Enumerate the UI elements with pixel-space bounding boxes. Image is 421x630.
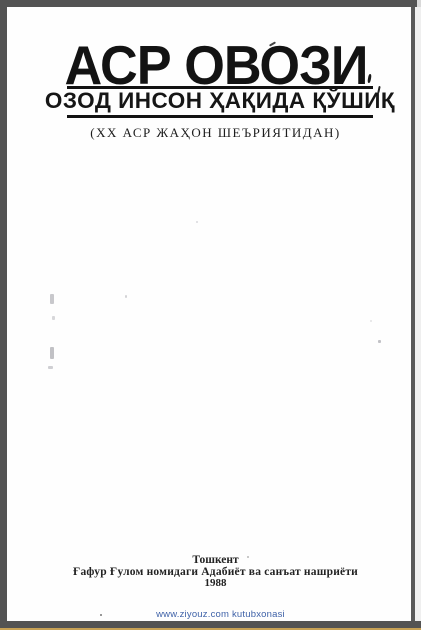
series-note: (XX АСР ЖАҲОН ШЕЪРИЯТИДАН) (5, 125, 421, 141)
imprint-city: Тошкент (5, 555, 421, 567)
scan-speck (50, 294, 54, 304)
scan-speck (100, 614, 102, 616)
scan-speck (247, 556, 249, 558)
scanned-title-page: АСР ОВОЗИ ОЗОД ИНСОН ҲАҚИДА ҚЎШИҚ (XX АС… (0, 0, 421, 630)
scan-speck (125, 295, 127, 298)
subtitle-rule-bottom (67, 115, 373, 118)
book-subtitle: ОЗОД ИНСОН ҲАҚИДА ҚЎШИҚ (37, 88, 403, 114)
scan-speck (52, 316, 55, 320)
watermark-url: www.ziyouz.com kutubxonasi (10, 609, 421, 620)
scan-right-margin (415, 7, 421, 621)
scan-frame-top (0, 0, 417, 7)
scan-frame-top-corner (417, 0, 421, 7)
scan-speck (50, 347, 54, 359)
imprint-block: Тошкент Ғафур Ғулом номидаги Адабиёт ва … (5, 555, 421, 590)
scan-frame-bottom (0, 621, 421, 628)
scan-speck (370, 320, 372, 322)
scan-speck (196, 221, 198, 223)
scan-frame-left (0, 7, 7, 621)
scan-speck (48, 366, 53, 369)
imprint-year: 1988 (5, 578, 421, 590)
scan-speck (378, 340, 381, 343)
